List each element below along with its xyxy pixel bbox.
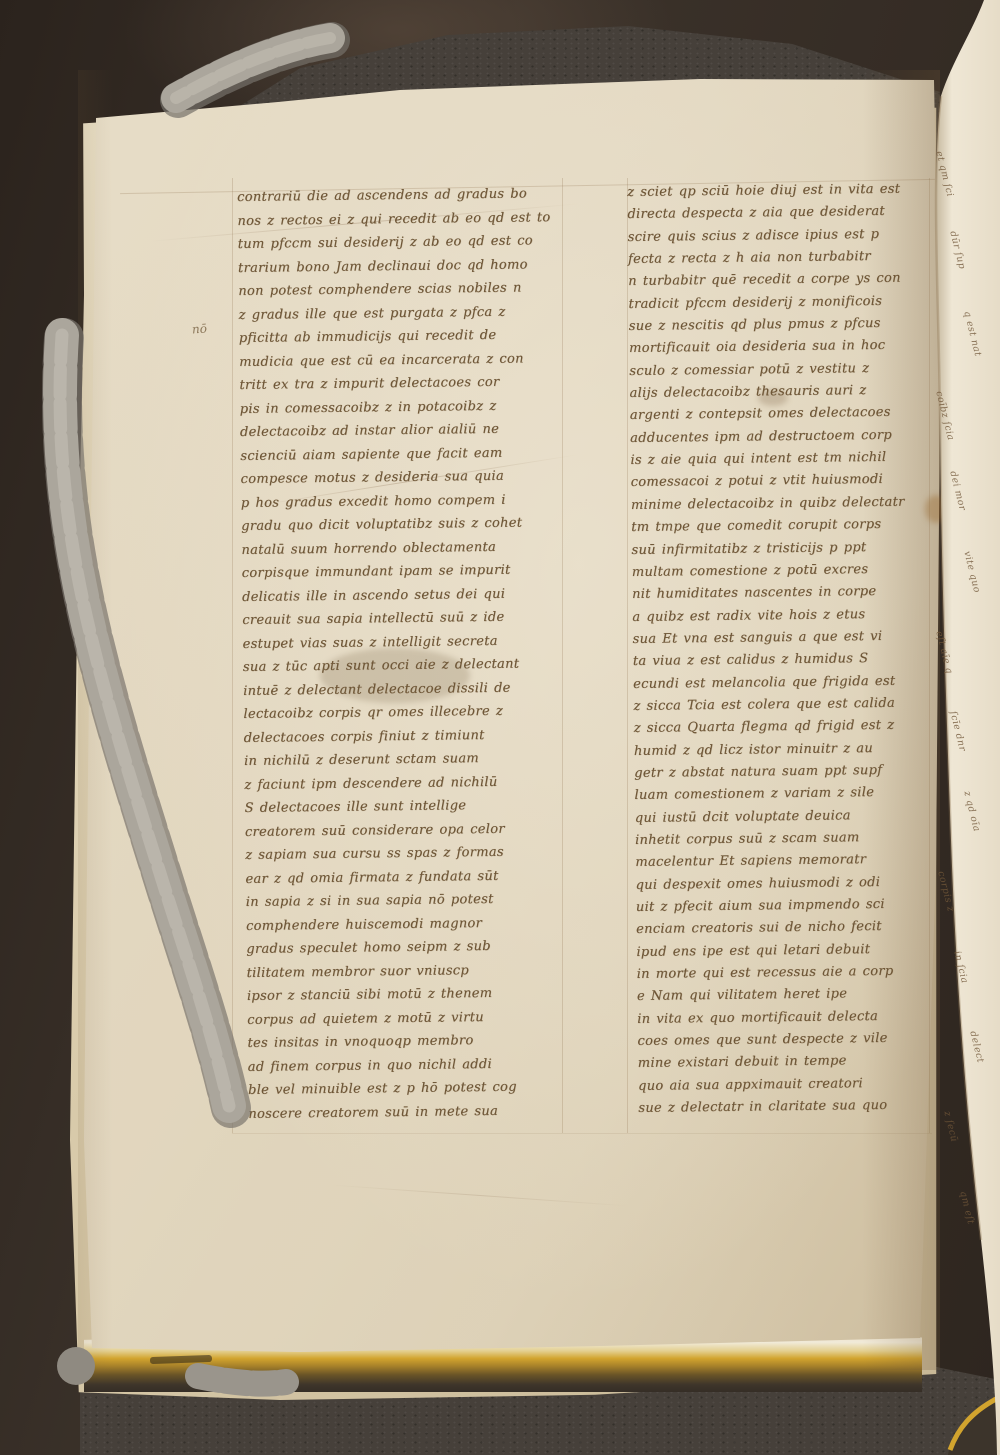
manuscript-text-line: tum pfccm sui desiderij z ab eo qd est c… — [238, 229, 568, 257]
manuscript-text-line: contrariū die ad ascendens ad gradus bo — [237, 182, 567, 210]
facing-page-text-fragment: delect — [967, 1030, 986, 1064]
facing-page-text-fragment: dūr ſup — [947, 230, 967, 270]
manuscript-text-line: z sciet qp sciū hoie diuj est in vita es… — [627, 178, 935, 204]
facing-page-text-fragment: q est nat — [961, 310, 983, 358]
manuscript-text-line: sue z delectatr in claritate sua quo — [638, 1094, 946, 1120]
ruling-line-left — [232, 178, 233, 1133]
text-column-2: z sciet qp sciū hoie diuj est in vita es… — [627, 178, 946, 1120]
facing-page-text-fragment: z qd oīa — [961, 790, 982, 833]
margin-note: nō — [192, 321, 208, 336]
manuscript-text-line: n turbabitr quē recedit a corpe ys con — [628, 268, 936, 294]
text-column-1: contrariū die ad ascendens ad gradus bon… — [237, 182, 578, 1126]
manuscript-text-line: adducentes ipm ad destructoem corp — [630, 424, 938, 450]
manuscript-text-line: minime delectacoibz in quibz delectatr — [631, 491, 939, 517]
manuscript-text-line: noscere creatorem suū in mete sua — [248, 1098, 578, 1126]
facing-page-text-fragment: in ſcia — [951, 950, 970, 985]
manuscript-text-line: non potest comphendere scias nobiles n — [238, 276, 568, 304]
manuscript-photo-scene: contrariū die ad ascendens ad gradus bon… — [0, 0, 1000, 1455]
ruling-line-bottom — [232, 1133, 932, 1134]
facing-page-text-fragment: z ſecū — [941, 1110, 959, 1143]
facing-page-text-fragment: vite quo — [961, 550, 982, 594]
facing-page-text-fragment: qm eſt — [957, 1190, 976, 1226]
manuscript-text-line: ecundi est melancolia que frigida est — [633, 670, 941, 696]
manuscript-text-line: gradu quo dicit voluptatibz suis z cohet — [241, 511, 571, 539]
facing-page-text-fragment: ſcīe dnr — [947, 710, 968, 753]
facing-page-text-fragment: dei mor — [947, 470, 967, 512]
manuscript-text-line: mudicia que est cū ea incarcerata z con — [239, 346, 569, 374]
